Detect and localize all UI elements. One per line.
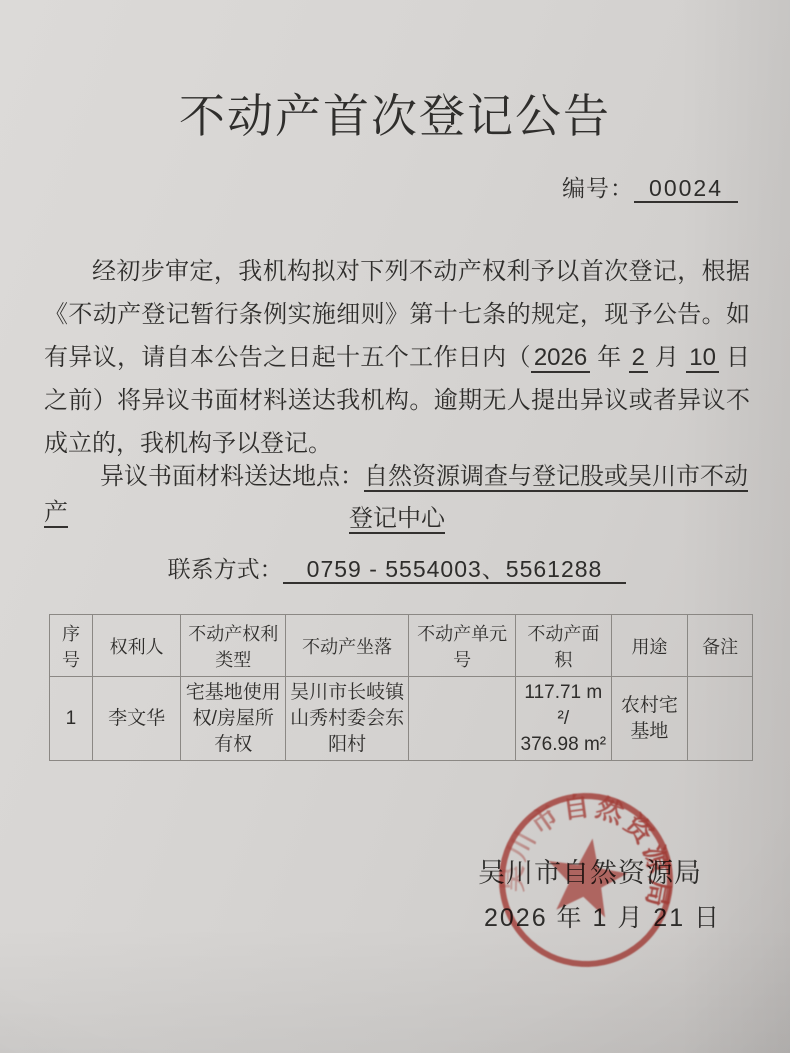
cell-unit-no [409, 677, 516, 761]
header-seq: 序号 [50, 615, 93, 677]
cell-usage: 农村宅基地 [611, 677, 688, 761]
header-usage: 用途 [611, 615, 688, 677]
contact-line: 联系方式：0759 - 5554003、5561288 [44, 551, 750, 587]
cell-area: 117.71 m²/376.98 m² [516, 677, 612, 761]
header-unit-no: 不动产单元号 [409, 615, 516, 677]
month-unit: 月 [648, 344, 686, 371]
issuing-authority: 吴川市自然资源局 [478, 851, 702, 890]
delivery-address-value-2: 登记中心 [349, 505, 445, 534]
doc-number: 编号：00024 [562, 170, 738, 203]
contact-value: 0759 - 5554003、5561288 [283, 556, 627, 584]
cell-holder: 李文华 [92, 677, 181, 761]
document-page: 不动产首次登记公告 编号：00024 经初步审定，我机构拟对下列不动产权利予以首… [0, 0, 790, 1053]
cell-right-type: 宅基地使用权/房屋所有权 [181, 677, 286, 761]
area-line-1: 117.71 m²/ [524, 682, 602, 729]
delivery-address-label: 异议书面材料送达地点： [100, 463, 364, 490]
table-row: 1 李文华 宅基地使用权/房屋所有权 吴川市长岐镇山秀村委会东阳村 117.71… [50, 677, 753, 761]
header-remark: 备注 [688, 615, 753, 677]
header-location: 不动产坐落 [286, 615, 409, 677]
issue-date: 2026 年 1 月 21 日 [484, 898, 721, 934]
contact-label: 联系方式： [168, 556, 283, 582]
cell-location: 吴川市长岐镇山秀村委会东阳村 [286, 677, 409, 761]
registration-table: 序号 权利人 不动产权利类型 不动产坐落 不动产单元号 不动产面积 用途 备注 … [49, 614, 753, 761]
doc-number-label: 编号： [562, 175, 634, 201]
doc-number-value: 00024 [634, 175, 738, 203]
header-holder: 权利人 [92, 615, 181, 677]
page-title: 不动产首次登记公告 [0, 80, 790, 146]
table-header-row: 序号 权利人 不动产权利类型 不动产坐落 不动产单元号 不动产面积 用途 备注 [50, 615, 753, 677]
header-area: 不动产面积 [516, 615, 612, 677]
announcement-paragraph: 经初步审定，我机构拟对下列不动产权利予以首次登记，根据《不动产登记暂行条例实施细… [44, 250, 750, 465]
deadline-year: 2026 [531, 344, 590, 373]
cell-seq: 1 [50, 677, 93, 761]
header-right-type: 不动产权利类型 [181, 615, 286, 677]
delivery-address-line2: 登记中心 [44, 501, 750, 537]
cell-remark [688, 677, 753, 761]
announcement-body: 经初步审定，我机构拟对下列不动产权利予以首次登记，根据《不动产登记暂行条例实施细… [44, 250, 750, 465]
deadline-month: 2 [629, 344, 648, 373]
deadline-day: 10 [686, 344, 719, 373]
year-unit: 年 [590, 344, 628, 371]
area-line-2: 376.98 m² [521, 734, 607, 755]
